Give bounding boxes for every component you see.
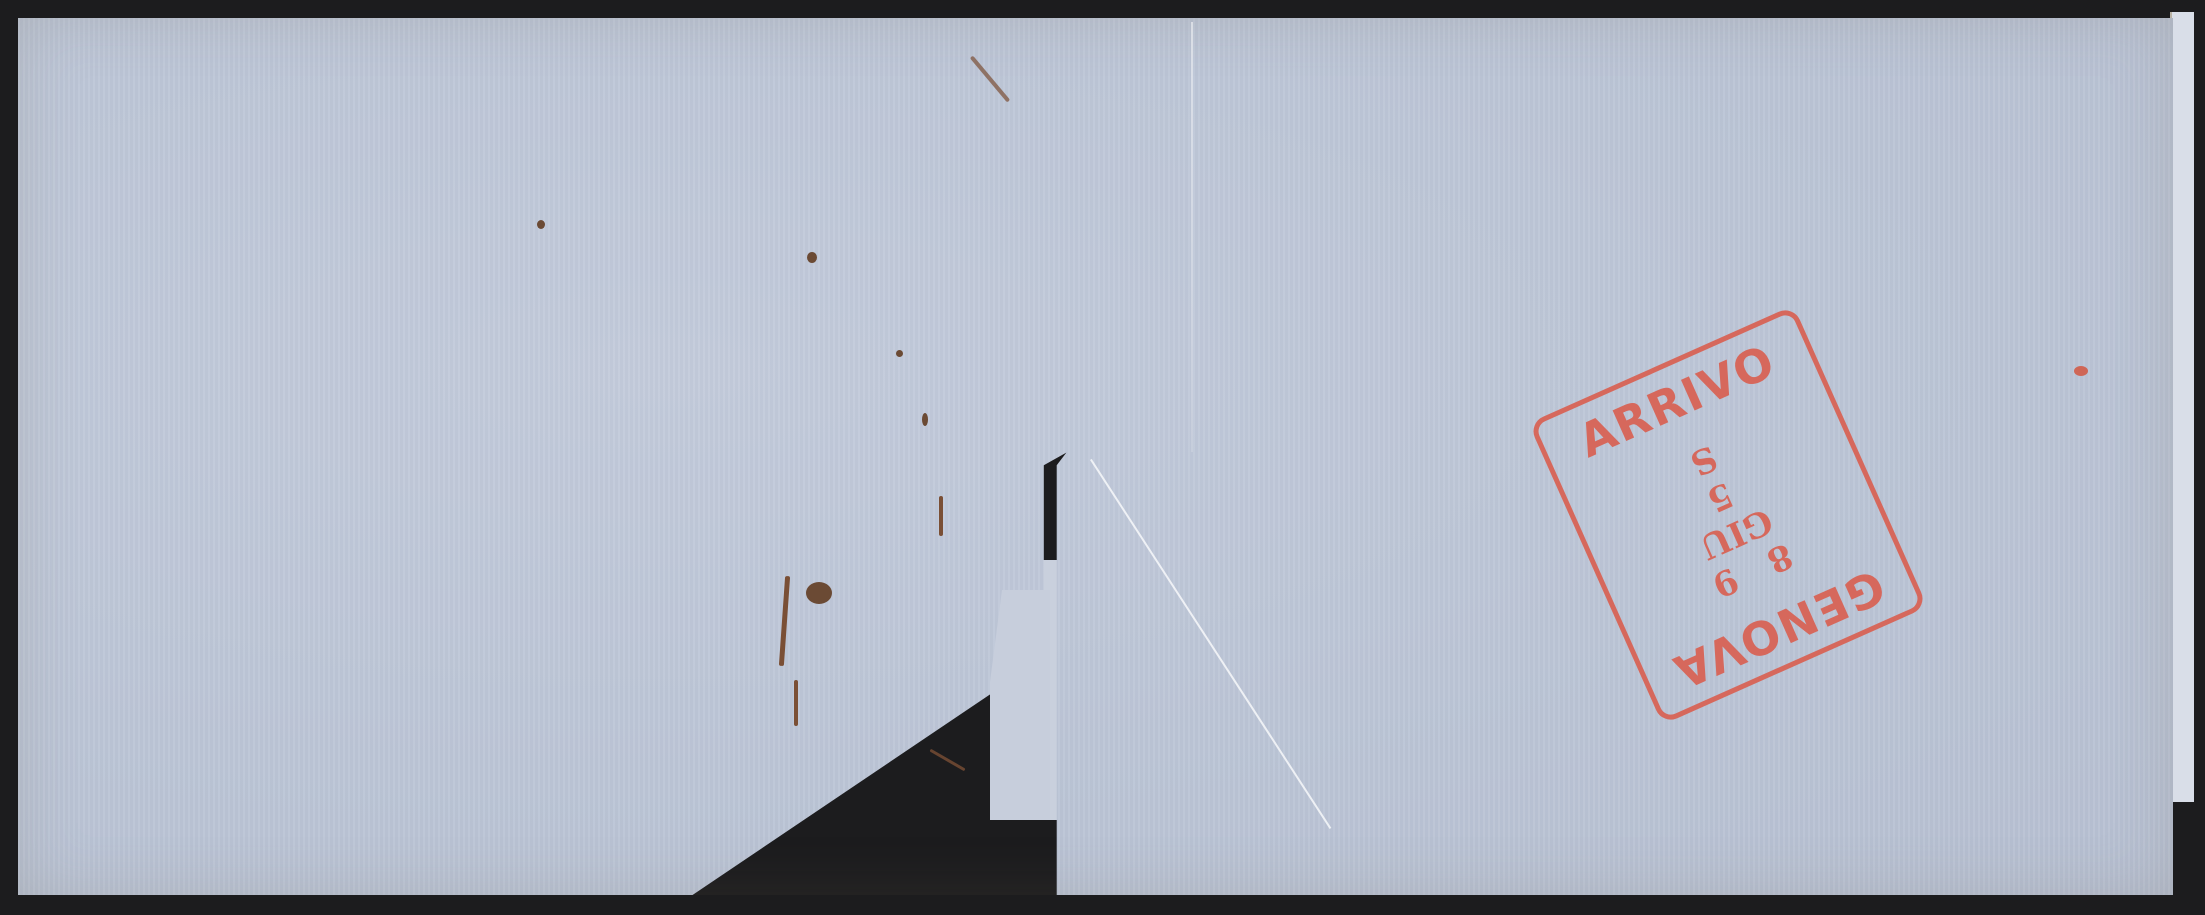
red-ink-speck [2074,366,2088,376]
ink-spot [807,252,817,263]
ink-stroke [794,680,798,726]
ink-spot [806,582,832,604]
ink-spot [537,220,545,229]
ink-stroke [939,496,943,536]
ink-spot [922,413,928,426]
vertical-fold-line [1191,22,1193,452]
ink-spot [896,350,903,357]
letter-flap [990,590,1050,820]
letter-photograph: ARRIVO 8 9 GIU 5 S GENOVA [0,0,2205,915]
ink-stroke [929,749,965,772]
paper-edge-right [2170,12,2194,802]
